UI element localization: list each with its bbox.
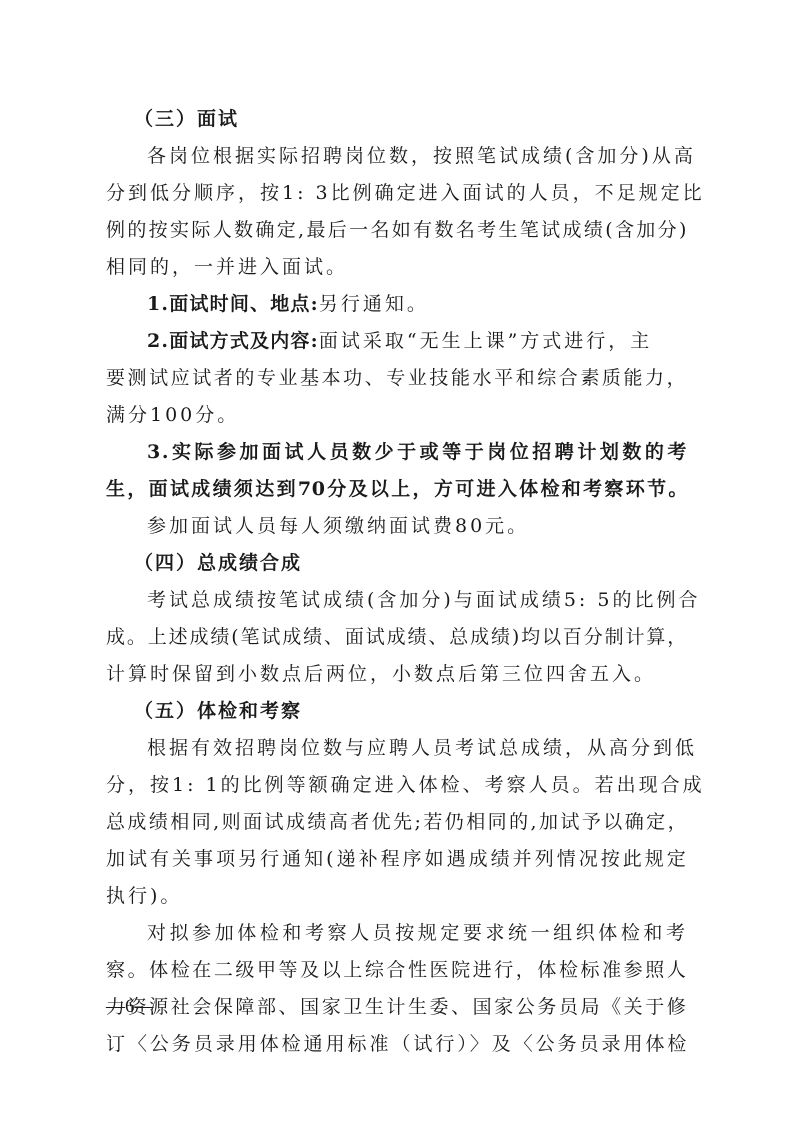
paragraph-line: 考试总成绩按笔试成绩(含加分)与面试成绩5: 5的比例合 — [106, 582, 688, 619]
paragraph-line: 加试有关事项另行通知(递补程序如遇成绩并列情况按此规定 — [106, 841, 688, 878]
paragraph-line: 例的按实际人数确定,最后一名如有数名考生笔试成绩(含加分) — [106, 212, 688, 249]
item-text: 另行通知。 — [319, 293, 429, 315]
paragraph-line: 成。上述成绩(笔试成绩、面试成绩、总成绩)均以百分制计算， — [106, 619, 688, 656]
paragraph-line: 分，按1: 1的比例等额确定进入体检、考察人员。若出现合成 — [106, 767, 688, 804]
paragraph-line: 根据有效招聘岗位数与应聘人员考试总成绩，从高分到低 — [106, 730, 688, 767]
paragraph-line: 力资源社会保障部、国家卫生计生委、国家公务员局《关于修 — [106, 989, 688, 1026]
item-label: 1.面试时间、地点: — [147, 293, 319, 315]
paragraph-line: 相同的，一并进入面试。 — [106, 249, 688, 286]
item-label: 2.面试方式及内容: — [147, 330, 319, 352]
fee-line: 参加面试人员每人须缴纳面试费80元。 — [106, 508, 688, 545]
paragraph-line: 订〈公务员录用体检通用标准（试行）〉及〈公务员录用体检 — [106, 1026, 688, 1063]
item-text: 面试采取“无生上课”方式进行，主 — [319, 330, 652, 352]
document-page: （三）面试 各岗位根据实际招聘岗位数，按照笔试成绩(含加分)从高 分到低分顺序，… — [106, 101, 688, 1063]
paragraph-line: 总成绩相同,则面试成绩高者优先;若仍相同的,加试予以确定， — [106, 804, 688, 841]
paragraph-line: 分到低分顺序，按1: 3比例确定进入面试的人员，不足规定比 — [106, 175, 688, 212]
item-bold-rule: 3.实际参加面试人员数少于或等于岗位招聘计划数的考 — [106, 434, 688, 471]
item-interview-time: 1.面试时间、地点:另行通知。 — [106, 286, 688, 323]
item-bold-rule: 生，面试成绩须达到70分及以上，方可进入体检和考察环节。 — [106, 471, 688, 508]
paragraph-line: 各岗位根据实际招聘岗位数，按照笔试成绩(含加分)从高 — [106, 138, 688, 175]
paragraph-line: 执行)。 — [106, 878, 688, 915]
section-heading-interview: （三）面试 — [106, 101, 688, 138]
section-heading-total-score: （四）总成绩合成 — [106, 545, 688, 582]
paragraph-line: 满分100分。 — [106, 397, 688, 434]
paragraph-line: 要测试应试者的专业基本功、专业技能水平和综合素质能力， — [106, 360, 688, 397]
item-interview-method: 2.面试方式及内容:面试采取“无生上课”方式进行，主 — [106, 323, 688, 360]
page-number: —6— — [106, 996, 154, 1018]
section-heading-physical-exam: （五）体检和考察 — [106, 693, 688, 730]
paragraph-line: 计算时保留到小数点后两位，小数点后第三位四舍五入。 — [106, 656, 688, 693]
paragraph-line: 对拟参加体检和考察人员按规定要求统一组织体检和考 — [106, 915, 688, 952]
paragraph-line: 察。体检在二级甲等及以上综合性医院进行，体检标准参照人 — [106, 952, 688, 989]
